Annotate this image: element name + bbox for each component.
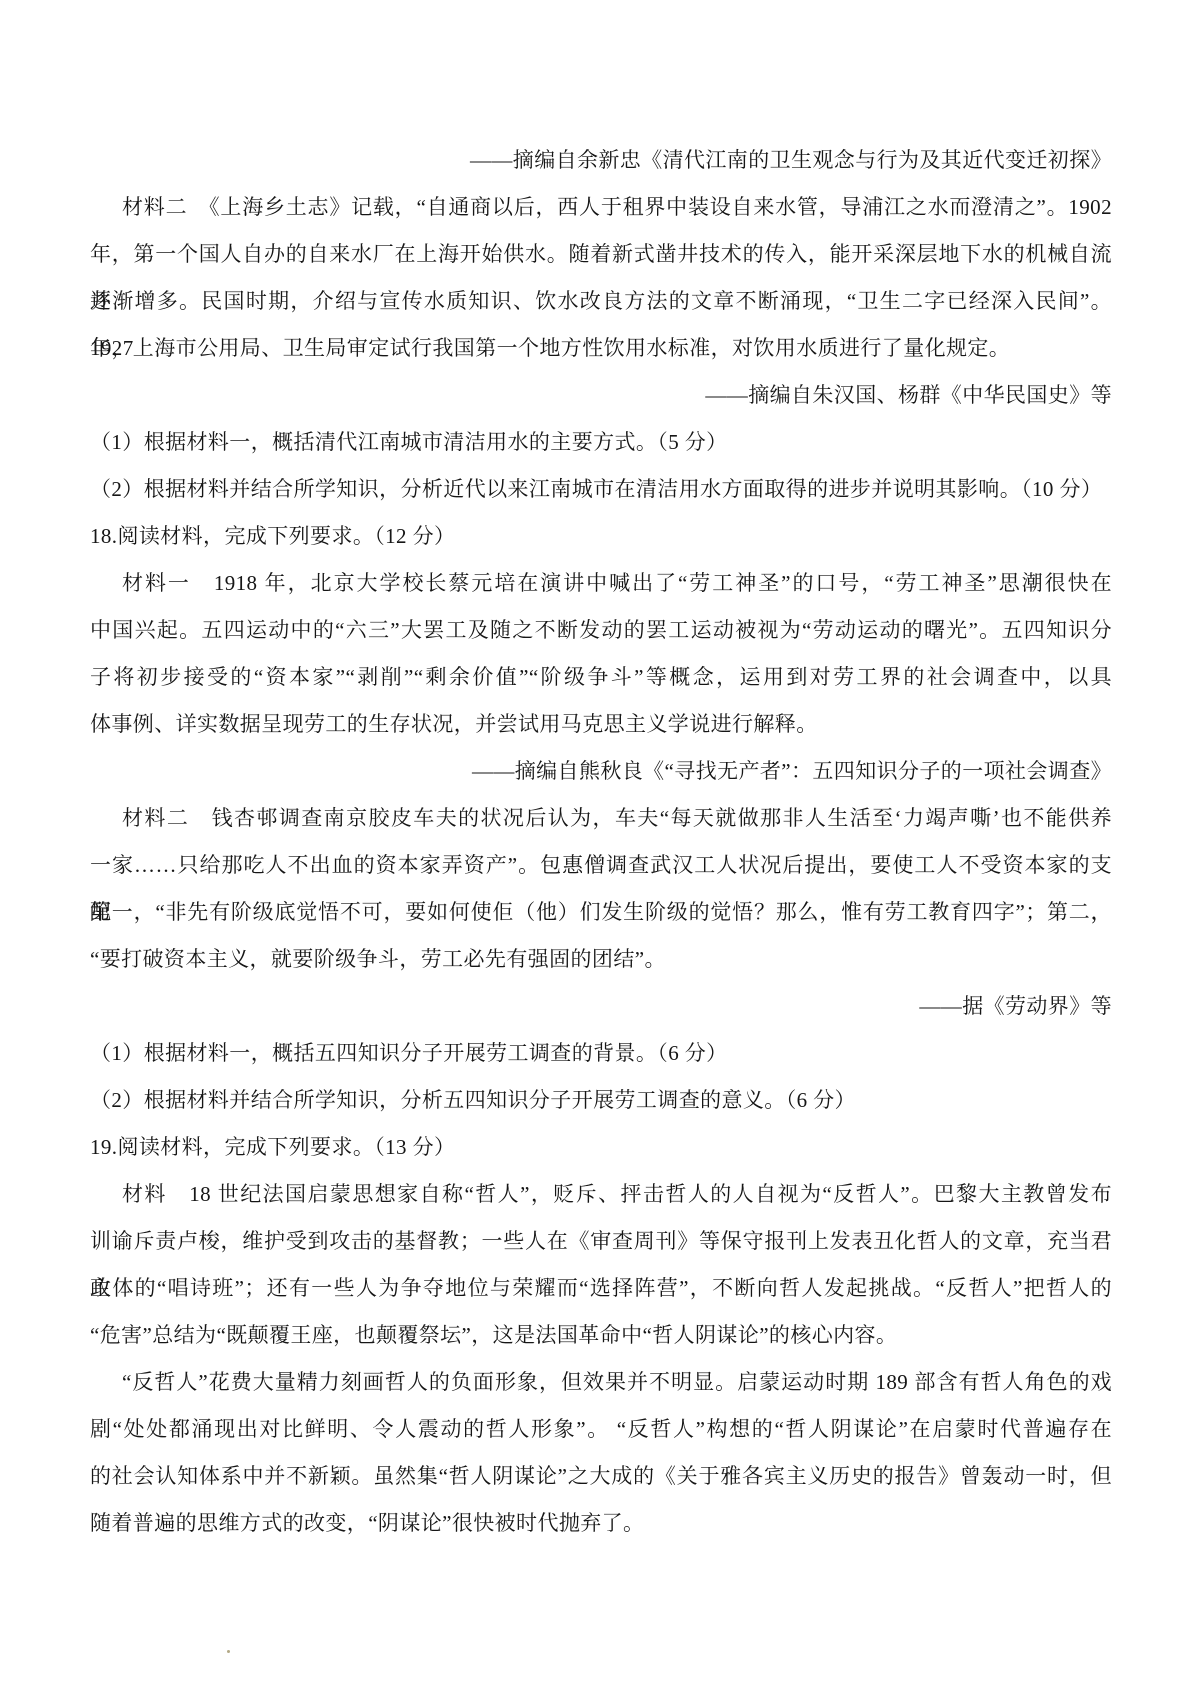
section-heading: 18.阅读材料，完成下列要求。（12 分）: [90, 513, 1112, 560]
paragraph-line: 子将初步接受的“资本家”“剥削”“剩余价值”“阶级争斗”等概念，运用到对劳工界的…: [90, 654, 1112, 701]
source-attribution: ——据《劳动界》等: [90, 983, 1112, 1030]
paragraph-line: 材料二 《上海乡土志》记载，“自通商以后，西人于租界中装设自来水管，导浦江之水而…: [90, 184, 1112, 231]
paragraph-line: 剧“处处都涌现出对比鲜明、令人震动的哲人形象”。 “反哲人”构想的“哲人阴谋论”…: [90, 1406, 1112, 1453]
source-attribution: ——摘编自朱汉国、杨群《中华民国史》等: [90, 372, 1112, 419]
paragraph-line: 训谕斥责卢梭，维护受到攻击的基督教；一些人在《审查周刊》等保守报刊上发表丑化哲人…: [90, 1218, 1112, 1265]
document-lines: ——摘编自余新忠《清代江南的卫生观念与行为及其近代变迁初探》材料二 《上海乡土志…: [90, 137, 1112, 1547]
paragraph-line: 政体的“唱诗班”；还有一些人为争夺地位与荣耀而“选择阵营”，不断向哲人发起挑战。…: [90, 1265, 1112, 1312]
paragraph-line: 第一，“非先有阶级底觉悟不可，要如何使佢（他）们发生阶级的觉悟？那么，惟有劳工教…: [90, 889, 1112, 936]
section-heading: 19.阅读材料，完成下列要求。（13 分）: [90, 1124, 1112, 1171]
paragraph-line: 材料 18 世纪法国启蒙思想家自称“哲人”，贬斥、抨击哲人的人自视为“反哲人”。…: [90, 1171, 1112, 1218]
paragraph-line: 中国兴起。五四运动中的“六三”大罢工及随之不断发动的罢工运动被视为“劳动运动的曙…: [90, 607, 1112, 654]
paragraph-line: “反哲人”花费大量精力刻画哲人的负面形象，但效果并不明显。启蒙运动时期 189 …: [90, 1359, 1112, 1406]
paragraph-line: 材料一 1918 年，北京大学校长蔡元培在演讲中喊出了“劳工神圣”的口号，“劳工…: [90, 560, 1112, 607]
source-attribution: ——摘编自余新忠《清代江南的卫生观念与行为及其近代变迁初探》: [90, 137, 1112, 184]
paragraph-line: “要打破资本主义，就要阶级争斗，劳工必先有强固的团结”。: [90, 936, 1112, 983]
paragraph-line: 随着普遍的思维方式的改变，“阴谋论”很快被时代抛弃了。: [90, 1500, 1112, 1547]
paragraph-line: 年，上海市公用局、卫生局审定试行我国第一个地方性饮用水标准，对饮用水质进行了量化…: [90, 325, 1112, 372]
question: （2）根据材料并结合所学知识，分析近代以来江南城市在清洁用水方面取得的进步并说明…: [90, 466, 1112, 513]
paragraph-line: “危害”总结为“既颠覆王座，也颠覆祭坛”，这是法国革命中“哲人阴谋论”的核心内容…: [90, 1312, 1112, 1359]
paragraph-line: 逐渐增多。民国时期，介绍与宣传水质知识、饮水改良方法的文章不断涌现，“卫生二字已…: [90, 278, 1112, 325]
paragraph-line: 年，第一个国人自办的自来水厂在上海开始供水。随着新式凿井技术的传入，能开采深层地…: [90, 231, 1112, 278]
scan-artifact-dot: [227, 1650, 230, 1653]
question: （2）根据材料并结合所学知识，分析五四知识分子开展劳工调查的意义。（6 分）: [90, 1077, 1112, 1124]
question: （1）根据材料一，概括五四知识分子开展劳工调查的背景。（6 分）: [90, 1030, 1112, 1077]
exam-paper-page: ——摘编自余新忠《清代江南的卫生观念与行为及其近代变迁初探》材料二 《上海乡土志…: [0, 0, 1200, 1698]
paragraph-line: 材料二 钱杏邨调查南京胶皮车夫的状况后认为，车夫“每天就做那非人生活至‘力竭声嘶…: [90, 795, 1112, 842]
paragraph-line: 的社会认知体系中并不新颖。虽然集“哲人阴谋论”之大成的《关于雅各宾主义历史的报告…: [90, 1453, 1112, 1500]
source-attribution: ——摘编自熊秋良《“寻找无产者”：五四知识分子的一项社会调查》: [90, 748, 1112, 795]
paragraph-line: 一家……只给那吃人不出血的资本家弄资产”。包惠僧调查武汉工人状况后提出，要使工人…: [90, 842, 1112, 889]
question: （1）根据材料一，概括清代江南城市清洁用水的主要方式。（5 分）: [90, 419, 1112, 466]
paragraph-line: 体事例、详实数据呈现劳工的生存状况，并尝试用马克思主义学说进行解释。: [90, 701, 1112, 748]
